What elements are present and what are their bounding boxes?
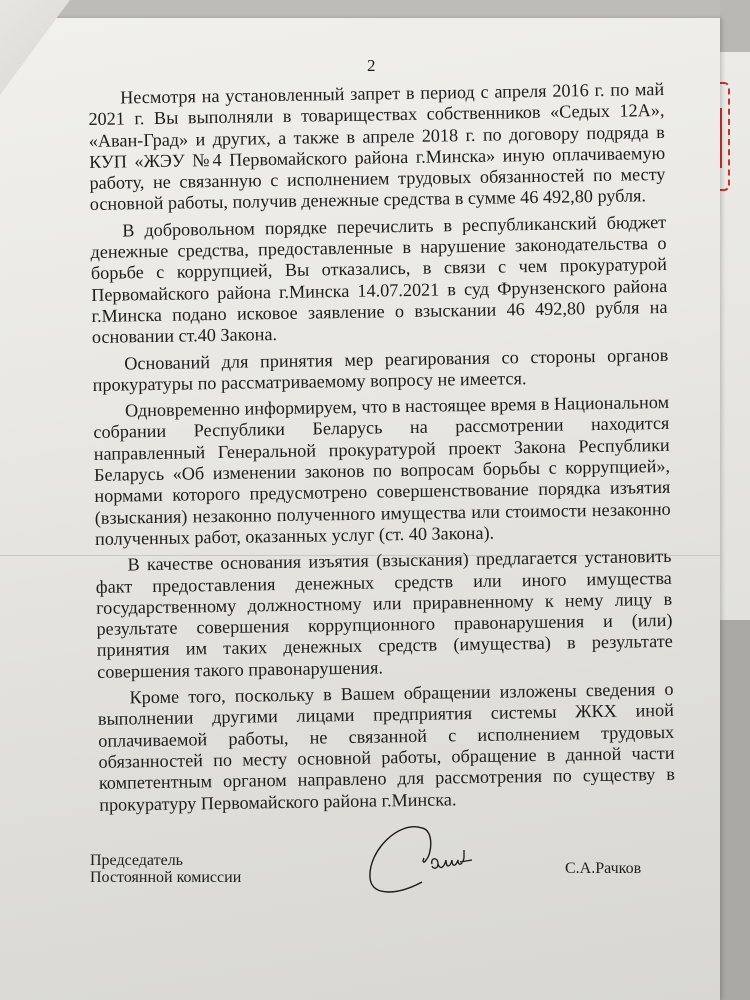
paragraph-1: Несмотря на установленный запрет в перио…: [88, 79, 666, 216]
signatory-title-line1: Председатель: [90, 852, 241, 869]
paragraph-6: Кроме того, поскольку в Вашем обращении …: [97, 679, 675, 816]
signatory-title-line2: Постоянной комиссии: [90, 869, 241, 886]
letter-body: Несмотря на установленный запрет в перио…: [88, 79, 675, 821]
paragraph-2: В добровольном порядке перечислить в рес…: [90, 212, 668, 349]
page-number: 2: [367, 56, 376, 76]
signature-block: Председатель Постоянной комиссии С.А.Рач…: [90, 852, 690, 912]
background-surface-right: [720, 620, 750, 1000]
paragraph-5: В качестве основания изъятия (взыскания)…: [95, 546, 673, 683]
paragraph-4: Одновременно информируем, что в настояще…: [93, 392, 671, 550]
signatory-title: Председатель Постоянной комиссии: [90, 852, 241, 886]
paragraph-3: Оснований для принятия мер реагирования …: [92, 344, 669, 396]
handwritten-signature-icon: [360, 820, 520, 900]
signatory-name: С.А.Рачков: [565, 860, 641, 877]
